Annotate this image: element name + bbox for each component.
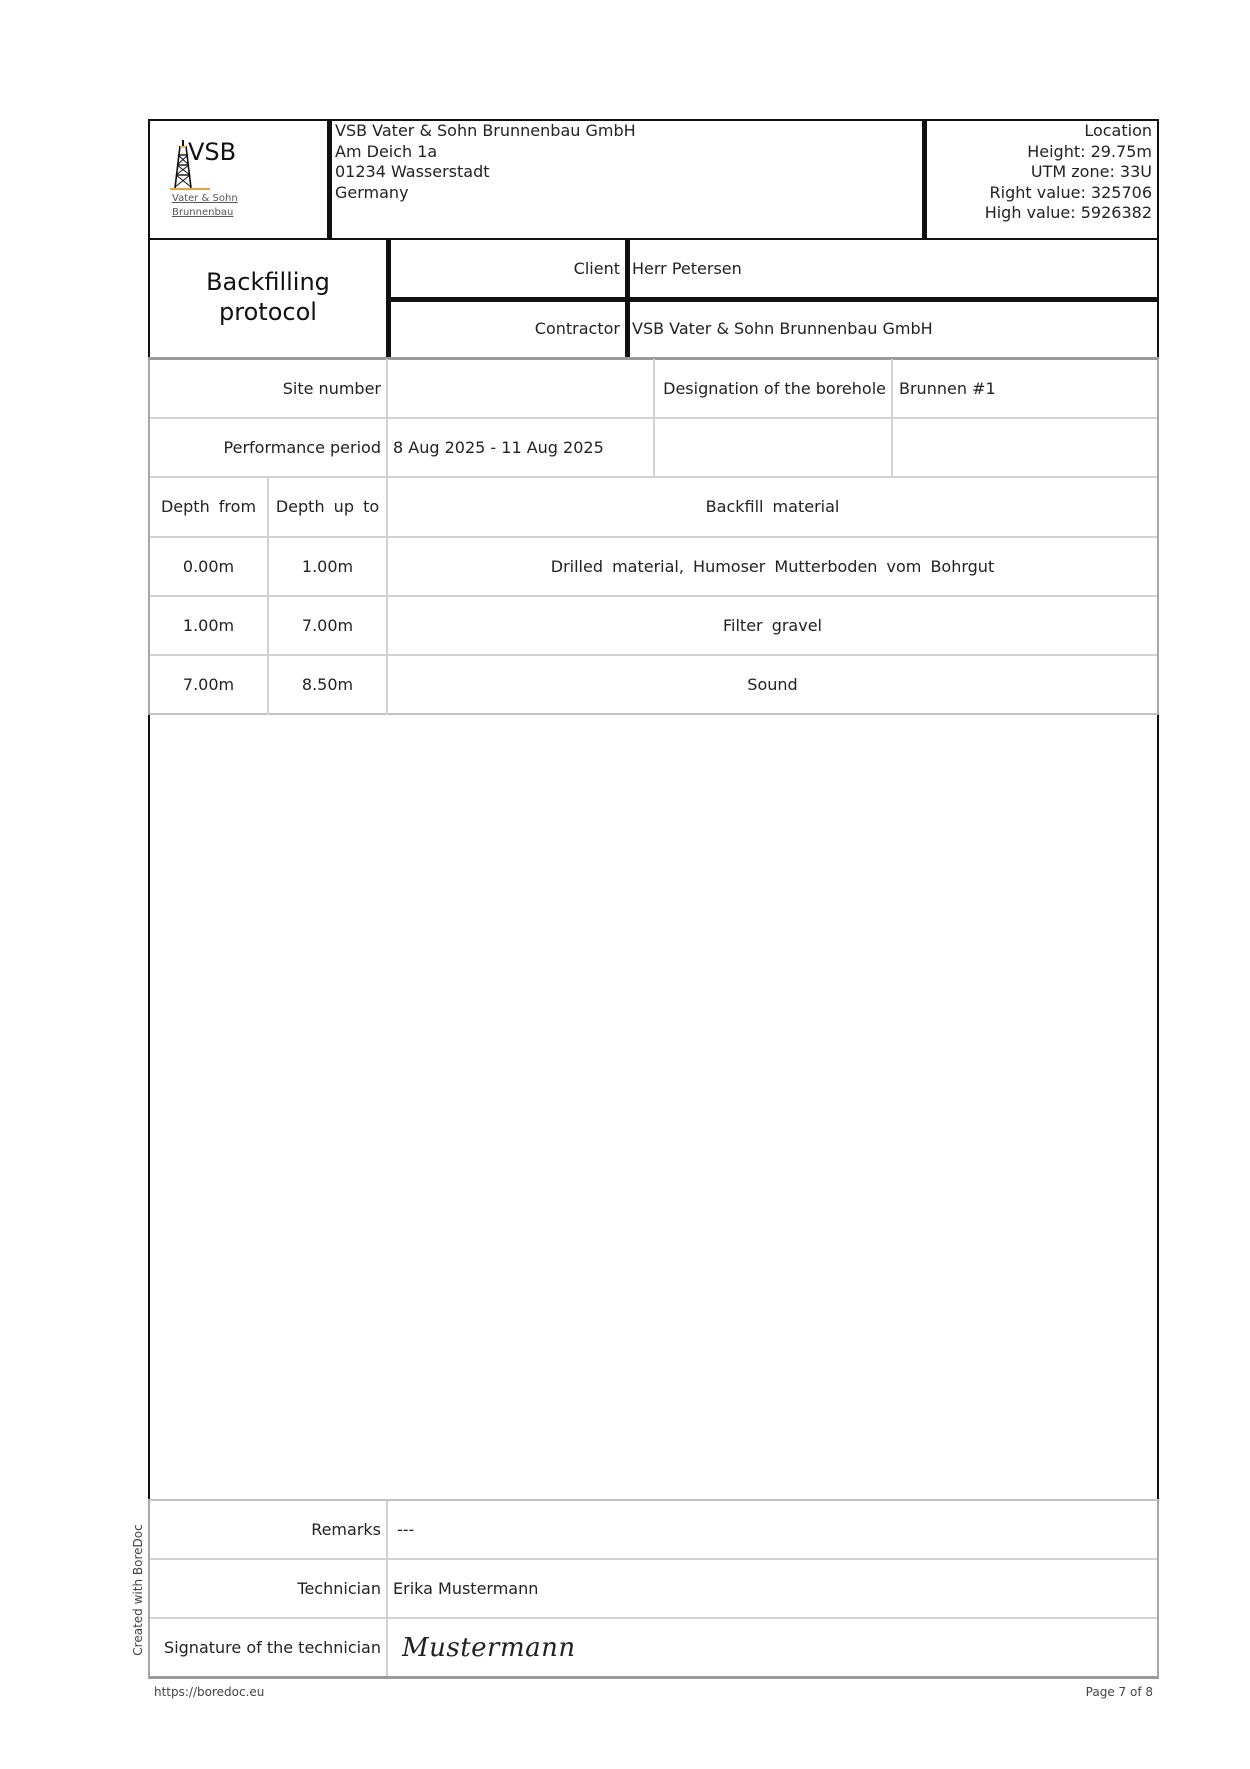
- material-cell: Drilled material, Humoser Mutterboden vo…: [388, 538, 1157, 595]
- contractor-label: Contractor: [388, 299, 620, 358]
- column-header-depth-from: Depth from: [150, 478, 267, 536]
- period-value: 8 Aug 2025 - 11 Aug 2025: [393, 419, 648, 476]
- col-line: [653, 359, 655, 478]
- depth-from-cell: 1.00m: [150, 597, 267, 654]
- technician-label: Technician: [152, 1560, 381, 1617]
- client-value: Herr Petersen: [632, 240, 1132, 297]
- borehole-label: Designation of the borehole: [657, 360, 886, 417]
- created-with-note: Created with BoreDoc: [130, 1520, 146, 1660]
- logo-title: VSB: [188, 138, 236, 166]
- period-label: Performance period: [152, 419, 381, 476]
- company-street: Am Deich 1a: [335, 142, 636, 163]
- material-cell: Sound: [388, 656, 1157, 713]
- client-label: Client: [388, 240, 620, 297]
- company-logo: VSB Vater & Sohn Brunnenbau: [170, 138, 270, 223]
- col-line: [386, 1501, 388, 1676]
- blank-body-area: [148, 715, 1159, 1500]
- company-country: Germany: [335, 183, 636, 204]
- company-name: VSB Vater & Sohn Brunnenbau GmbH: [335, 121, 636, 142]
- website-link[interactable]: https://boredoc.eu: [154, 1684, 264, 1700]
- document-title: Backfilling protocol: [188, 262, 348, 332]
- remarks-label: Remarks: [152, 1501, 381, 1558]
- material-cell: Filter gravel: [388, 597, 1157, 654]
- remarks-value: ---: [397, 1501, 1137, 1558]
- depth-to-cell: 1.00m: [269, 538, 386, 595]
- borehole-value: Brunnen #1: [899, 360, 1149, 417]
- technician-value: Erika Mustermann: [393, 1560, 1133, 1617]
- location-title: Location: [930, 121, 1152, 142]
- logo-ground-line: [170, 188, 210, 190]
- depth-to-cell: 8.50m: [269, 656, 386, 713]
- company-address: VSB Vater & Sohn Brunnenbau GmbH Am Deic…: [335, 121, 636, 203]
- location-right-value: Right value: 325706: [930, 183, 1152, 204]
- depth-from-cell: 7.00m: [150, 656, 267, 713]
- header-divider-1: [327, 119, 332, 240]
- depth-from-cell: 0.00m: [150, 538, 267, 595]
- location-info: Location Height: 29.75m UTM zone: 33U Ri…: [930, 121, 1152, 224]
- company-city: 01234 Wasserstadt: [335, 162, 636, 183]
- column-header-depth-up-to: Depth up to: [269, 478, 386, 536]
- technician-signature: Mustermann: [402, 1619, 702, 1676]
- logo-subtitle-2: Brunnenbau: [172, 206, 233, 220]
- column-header-backfill-material: Backfill material: [388, 478, 1157, 536]
- logo-subtitle-1: Vater & Sohn: [172, 192, 238, 206]
- page-number: Page 7 of 8: [1000, 1684, 1153, 1700]
- depth-to-cell: 7.00m: [269, 597, 386, 654]
- col-line: [891, 359, 893, 478]
- location-high-value: High value: 5926382: [930, 203, 1152, 224]
- contractor-value: VSB Vater & Sohn Brunnenbau GmbH: [632, 299, 1132, 358]
- header-divider-2: [922, 119, 927, 240]
- signature-label: Signature of the technician: [152, 1619, 381, 1676]
- site-number-value: [393, 360, 648, 417]
- location-utm-zone: UTM zone: 33U: [930, 162, 1152, 183]
- site-number-label: Site number: [152, 360, 381, 417]
- location-height: Height: 29.75m: [930, 142, 1152, 163]
